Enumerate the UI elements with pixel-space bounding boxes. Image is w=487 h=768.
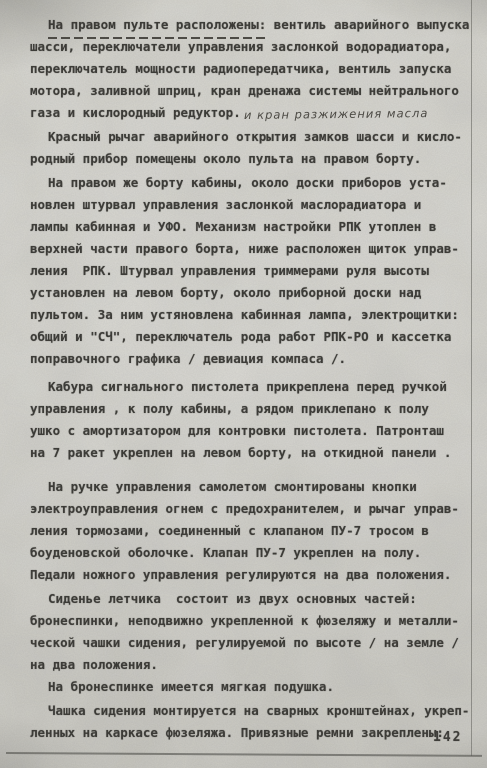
text-line: лампы кабинная и УФО. Механизм настройки…	[30, 216, 481, 238]
text-line: На бронеспинке имеется мягкая подушка.	[30, 676, 481, 698]
page-edge-line-right	[471, 0, 472, 756]
text-line: На ручке управления самолетом смонтирова…	[30, 476, 481, 498]
text-line: ушко с амортизатором для контровки писто…	[30, 420, 481, 442]
text-line: переключатель мощности радиопередатчика,…	[30, 58, 481, 80]
text-line: верхней части правого борта, ниже распол…	[30, 238, 481, 260]
paragraph-control-stick: На ручке управления самолетом смонтирова…	[30, 476, 481, 586]
text-line: боуденовской оболочке. Клапан ПУ-7 укреп…	[30, 542, 481, 564]
page-edge-line-bottom	[6, 752, 482, 757]
text-line: ления РПК. Штурвал управления триммерами…	[30, 260, 481, 282]
text-line: бронеспинки, неподвижно укрепленной к фю…	[30, 610, 481, 632]
text-line: новлен штурвал управления заслонкой масл…	[30, 194, 481, 216]
text-line: Педали ножного управления регулируются н…	[30, 564, 481, 586]
text-line: общий и "СЧ", переключатель рода работ Р…	[30, 326, 481, 348]
heading-continuation: вентиль аварийного выпуска	[266, 17, 469, 32]
handwritten-note: и кран разжижения масла	[244, 102, 429, 126]
text-line: Сиденье летчика состоит из двух основных…	[30, 588, 481, 610]
scanned-page: На правом пульте расположены: вентиль ав…	[0, 0, 487, 768]
text-line: установлен на левом борту, около приборн…	[30, 282, 481, 304]
text-line: управления , к полу кабины, а рядом прик…	[30, 398, 481, 420]
text-line: ческой чашки сидения, регулируемой по вы…	[30, 632, 481, 654]
paragraph-armor-back: На бронеспинке имеется мягкая подушка.	[30, 676, 481, 698]
text-line: Чашка сидения монтируется на сварных кро…	[30, 700, 481, 722]
text-line: электроуправления огнем с предохранителе…	[30, 498, 481, 520]
text-line: Кабура сигнального пистолета прикреплена…	[30, 376, 481, 398]
text-line: шасси, переключатели управления заслонко…	[30, 36, 481, 58]
text-line: пультом. За ним устяновлена кабинная лам…	[30, 304, 481, 326]
text-line: Красный рычаг аварийного открытия замков…	[30, 126, 481, 148]
text-line: ления тормозами, соединенный с клапаном …	[30, 520, 481, 542]
text-line: газа и кислородный редуктор.и кран разжи…	[30, 102, 481, 124]
paragraph-right-console: На правом пульте расположены: вентиль ав…	[30, 14, 481, 124]
paragraph-cabin-right-side: На правом же борту кабины, около доски п…	[30, 172, 481, 370]
paragraph-signal-pistol: Кабура сигнального пистолета прикреплена…	[30, 376, 481, 464]
page-text: На правом пульте расположены: вентиль ав…	[30, 12, 481, 744]
typed-text: газа и кислородный редуктор.	[30, 105, 241, 120]
text-line: родный прибор помещены около пульта на п…	[30, 148, 481, 170]
paragraph-seat-pan: Чашка сидения монтируется на сварных кро…	[30, 700, 481, 744]
paragraph-pilot-seat: Сиденье летчика состоит из двух основных…	[30, 588, 481, 676]
text-line: На правом же борту кабины, около доски п…	[30, 172, 481, 194]
text-line: ленных на каркасе фюзеляжа. Привязные ре…	[30, 722, 481, 744]
paragraph-red-lever: Красный рычаг аварийного открытия замков…	[30, 126, 481, 170]
text-line: на два положения.	[30, 654, 481, 676]
page-number: 142	[433, 730, 462, 745]
text-line: мотора, заливной шприц, кран дренажа сис…	[30, 80, 481, 102]
text-line: на 7 ракет укреплен на левом борту, на о…	[30, 442, 481, 464]
text-line: На правом пульте расположены: вентиль ав…	[30, 14, 481, 36]
text-line: поправочного графика / девиация компаса …	[30, 348, 481, 370]
